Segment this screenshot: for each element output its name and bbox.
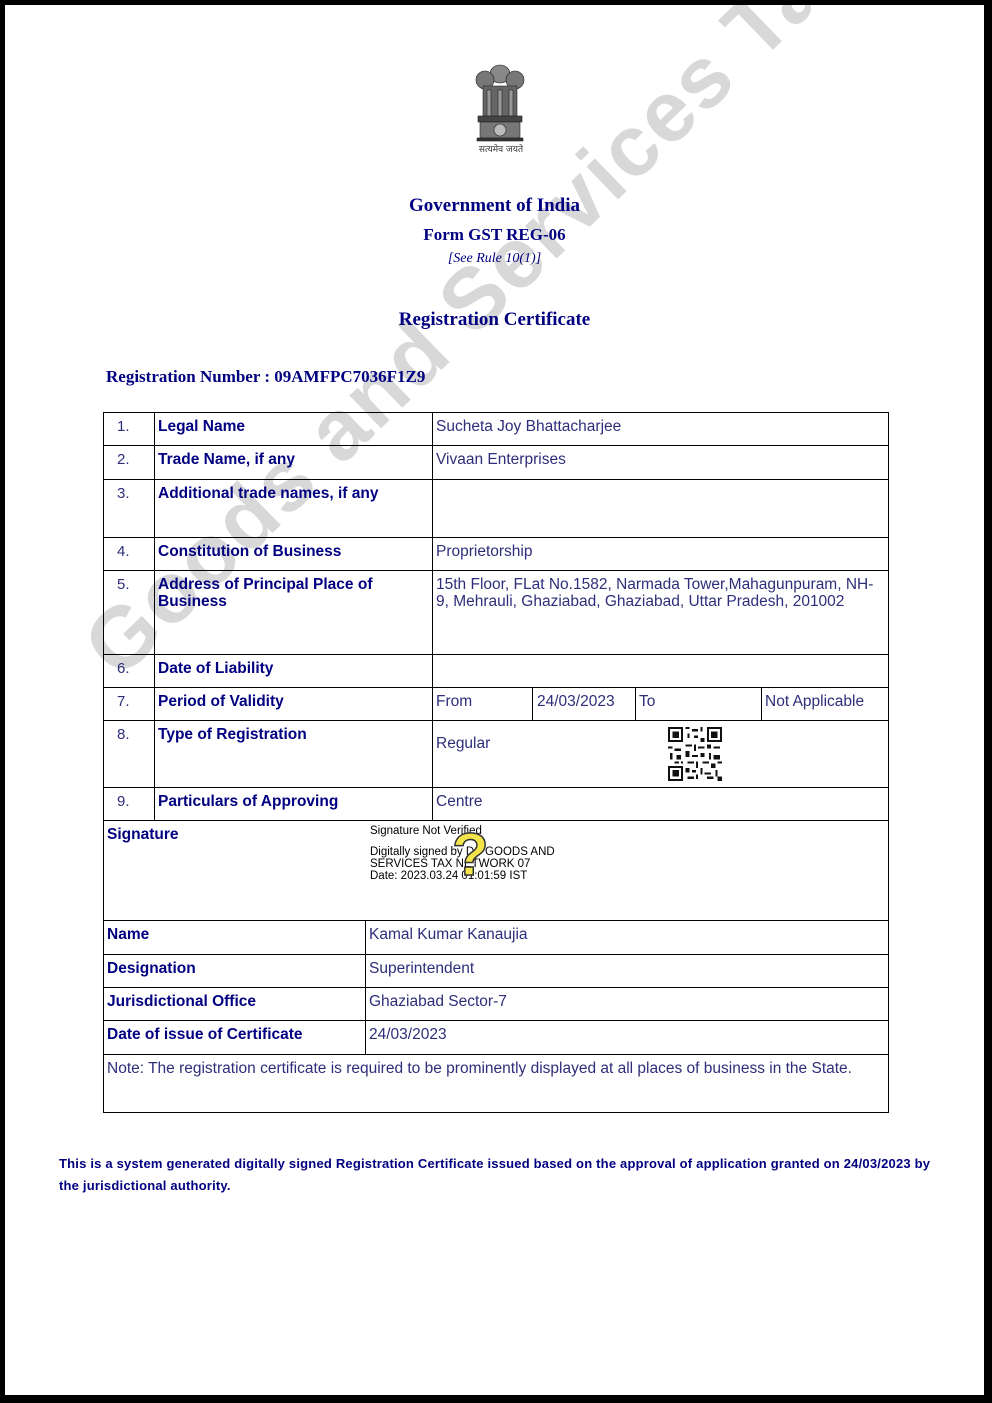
- form-heading: Form GST REG-06: [5, 225, 984, 245]
- rule-reference: [See Rule 10(1)]: [5, 251, 984, 267]
- registration-number-value: 09AMFPC7036F1Z9: [274, 367, 425, 386]
- date-of-issue-label: Date of issue of Certificate: [107, 1026, 303, 1043]
- designation-value: Superintendent: [369, 960, 474, 977]
- signature-line-3: Date: 2023.03.24 01:01:59 IST: [370, 870, 527, 882]
- question-mark-icon: ?: [452, 825, 489, 885]
- validity-from-value: 24/03/2023: [537, 693, 615, 710]
- display-note: Note: The registration certificate is re…: [107, 1060, 877, 1077]
- certificate-page: Goods and Services Tax सत्यमेव जयते Gove…: [5, 5, 984, 1395]
- validity-to-value: Not Applicable: [765, 693, 864, 710]
- row-number: 2.: [117, 451, 130, 468]
- row-number: 5.: [117, 576, 130, 593]
- period-of-validity-label: Period of Validity: [158, 693, 284, 710]
- legal-name-label: Legal Name: [158, 418, 245, 435]
- officer-name-label: Name: [107, 926, 149, 943]
- validity-from-label: From: [436, 693, 472, 710]
- row-number: 1.: [117, 418, 130, 435]
- officer-name-value: Kamal Kumar Kanaujia: [369, 926, 528, 943]
- trade-name-label: Trade Name, if any: [158, 451, 295, 468]
- row-number: 3.: [117, 485, 130, 502]
- row-number: 7.: [117, 693, 130, 710]
- motto: सत्यमेव जयते: [461, 142, 541, 155]
- address-value: 15th Floor, FLat No.1582, Narmada Tower,…: [436, 576, 884, 610]
- legal-name-value: Sucheta Joy Bhattacharjee: [436, 418, 621, 435]
- footer-statement: This is a system generated digitally sig…: [59, 1153, 939, 1197]
- signature-label: Signature: [107, 826, 178, 843]
- qr-code-icon: [668, 727, 722, 781]
- jurisdictional-office-value: Ghaziabad Sector-7: [369, 993, 507, 1010]
- government-heading: Government of India: [5, 195, 984, 217]
- type-of-registration-value: Regular: [436, 735, 490, 752]
- constitution-label: Constitution of Business: [158, 543, 341, 560]
- additional-trade-names-label: Additional trade names, if any: [158, 485, 379, 502]
- signature-line-2: SERVICES TAX NETWORK 07: [370, 858, 530, 870]
- date-of-issue-value: 24/03/2023: [369, 1026, 447, 1043]
- trade-name-value: Vivaan Enterprises: [436, 451, 566, 468]
- type-of-registration-label: Type of Registration: [158, 726, 307, 743]
- registration-number-label: Registration Number :: [106, 367, 270, 386]
- jurisdictional-office-label: Jurisdictional Office: [107, 993, 256, 1010]
- address-label: Address of Principal Place of Business: [158, 576, 408, 610]
- row-number: 6.: [117, 660, 130, 677]
- row-number: 4.: [117, 543, 130, 560]
- row-number: 9.: [117, 793, 130, 810]
- constitution-value: Proprietorship: [436, 543, 533, 560]
- page-title: Registration Certificate: [5, 309, 984, 331]
- validity-to-label: To: [639, 693, 655, 710]
- registration-number: Registration Number : 09AMFPC7036F1Z9: [106, 367, 425, 387]
- approving-authority-label: Particulars of Approving: [158, 793, 338, 810]
- date-of-liability-label: Date of Liability: [158, 660, 273, 677]
- approving-authority-value: Centre: [436, 793, 483, 810]
- designation-label: Designation: [107, 960, 196, 977]
- row-number: 8.: [117, 726, 130, 743]
